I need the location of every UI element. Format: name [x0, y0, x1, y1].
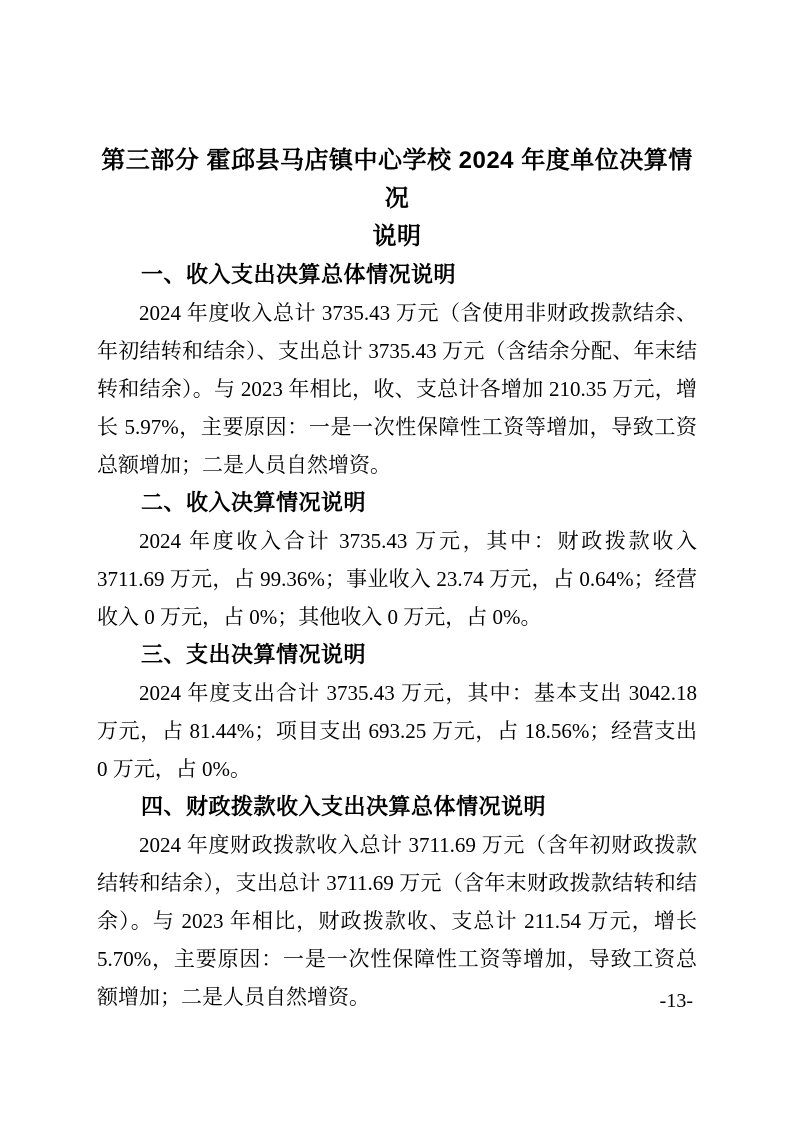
document-page: 第三部分 霍邱县马店镇中心学校 2024 年度单位决算情况 说明 一、收入支出决… [0, 0, 793, 1122]
section-fiscal-appropriation-overview: 四、财政拨款收入支出决算总体情况说明 2024 年度财政拨款收入总计 3711.… [97, 788, 697, 1016]
section-income-details: 二、收入决算情况说明 2024 年度收入合计 3735.43 万元，其中：财政拨… [97, 484, 697, 636]
document-content: 第三部分 霍邱县马店镇中心学校 2024 年度单位决算情况 说明 一、收入支出决… [97, 142, 697, 1016]
section-income-expenditure-overview: 一、收入支出决算总体情况说明 2024 年度收入总计 3735.43 万元（含使… [97, 256, 697, 484]
section-4-paragraph: 2024 年度财政拨款收入总计 3711.69 万元（含年初财政拨款结转和结余）… [97, 826, 697, 1016]
section-3-heading: 三、支出决算情况说明 [97, 636, 697, 674]
document-title-line2: 说明 [97, 218, 697, 256]
section-1-paragraph: 2024 年度收入总计 3735.43 万元（含使用非财政拨款结余、年初结转和结… [97, 294, 697, 484]
page-number: -13- [660, 988, 693, 1014]
section-4-heading: 四、财政拨款收入支出决算总体情况说明 [97, 788, 697, 826]
document-title-line1: 第三部分 霍邱县马店镇中心学校 2024 年度单位决算情况 [97, 142, 697, 218]
section-1-heading: 一、收入支出决算总体情况说明 [97, 256, 697, 294]
section-2-paragraph: 2024 年度收入合计 3735.43 万元，其中：财政拨款收入 3711.69… [97, 522, 697, 636]
document-title: 第三部分 霍邱县马店镇中心学校 2024 年度单位决算情况 说明 [97, 142, 697, 256]
section-3-paragraph: 2024 年度支出合计 3735.43 万元，其中：基本支出 3042.18 万… [97, 674, 697, 788]
section-2-heading: 二、收入决算情况说明 [97, 484, 697, 522]
section-expenditure-details: 三、支出决算情况说明 2024 年度支出合计 3735.43 万元，其中：基本支… [97, 636, 697, 788]
